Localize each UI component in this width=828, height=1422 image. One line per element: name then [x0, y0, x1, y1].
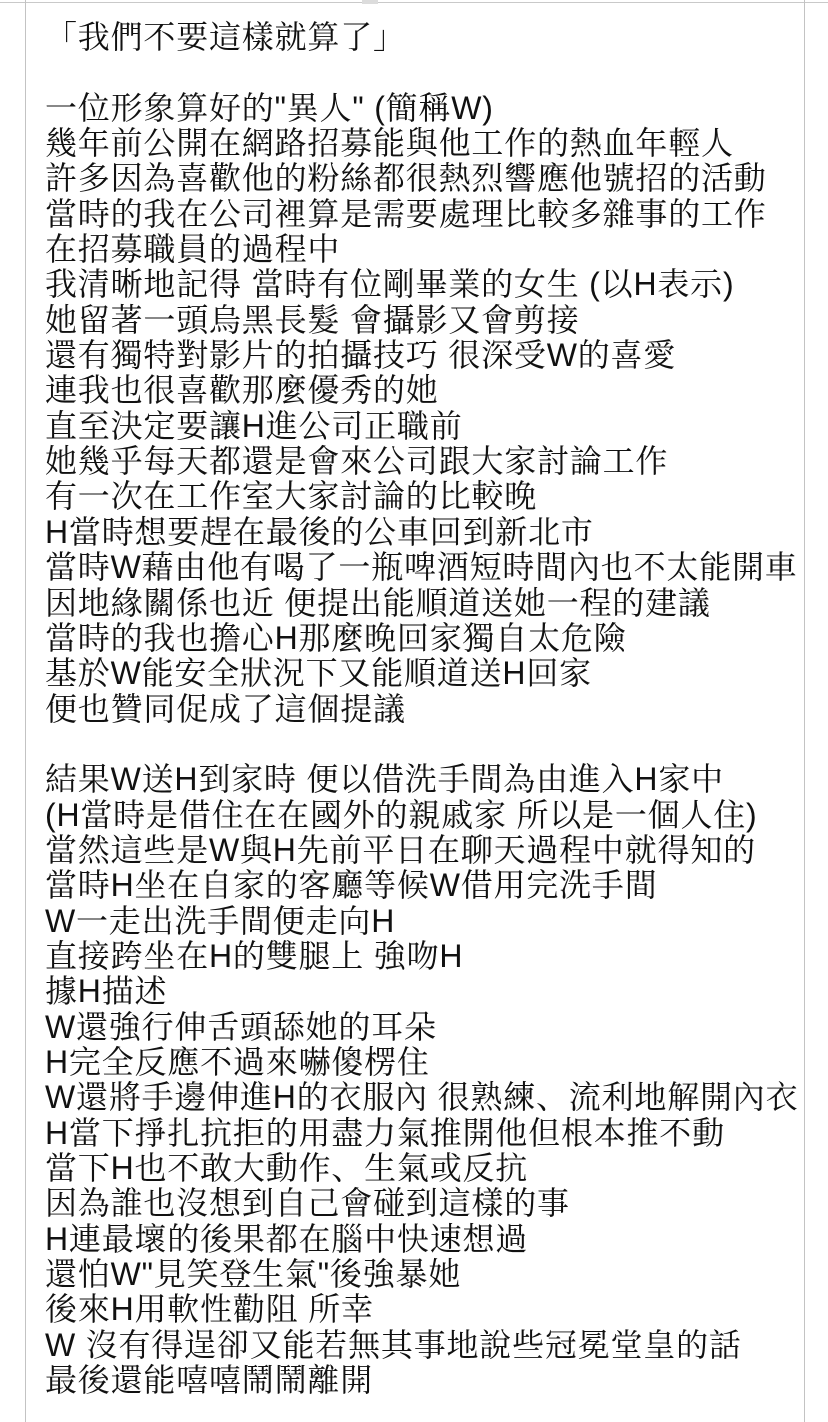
text-line: 我清晰地記得 當時有位剛畢業的女生 (以H表示) [45, 267, 828, 302]
text-line: 直至決定要讓H進公司正職前 [45, 409, 828, 444]
text-line: 還有獨特對影片的拍攝技巧 很深受W的喜愛 [45, 338, 828, 373]
top-border-rule [0, 2, 828, 3]
text-line: 幾年前公開在網路招募能與他工作的熱血年輕人 [45, 126, 828, 161]
blank-line [45, 55, 828, 90]
text-line: 她幾乎每天都還是會來公司跟大家討論工作 [45, 444, 828, 479]
text-line: 當時H坐在自家的客廳等候W借用完洗手間 [45, 868, 828, 903]
text-line: 直接跨坐在H的雙腿上 強吻H [45, 939, 828, 974]
top-edge-artifact [362, 0, 378, 4]
text-line: 當下H也不敢大動作、生氣或反抗 [45, 1151, 828, 1186]
text-line: 基於W能安全狀況下又能順道送H回家 [45, 656, 828, 691]
text-line: 後來H用軟性勸阻 所幸 [45, 1292, 828, 1327]
text-line: 一位形象算好的"異人" (簡稱W) [45, 91, 828, 126]
text-line: H當下掙扎抗拒的用盡力氣推開他但根本推不動 [45, 1116, 828, 1151]
left-border-rule [25, 0, 26, 1422]
text-line: 結果W送H到家時 便以借洗手間為由進入H家中 [45, 762, 828, 797]
text-line: 在招募職員的過程中 [45, 232, 828, 267]
text-line: 許多因為喜歡他的粉絲都很熱烈響應他號招的活動 [45, 161, 828, 196]
text-line: 有一次在工作室大家討論的比較晚 [45, 479, 828, 514]
text-line: 她留著一頭烏黑長髮 會攝影又會剪接 [45, 303, 828, 338]
text-line: H當時想要趕在最後的公車回到新北市 [45, 515, 828, 550]
text-line: H完全反應不過來嚇傻楞住 [45, 1045, 828, 1080]
text-line: 便也贊同促成了這個提議 [45, 692, 828, 727]
text-line: 還怕W"見笑登生氣"後強暴她 [45, 1257, 828, 1292]
text-line: 當時的我在公司裡算是需要處理比較多雜事的工作 [45, 197, 828, 232]
text-line: 因為誰也沒想到自己會碰到這樣的事 [45, 1186, 828, 1221]
text-line: H連最壞的後果都在腦中快速想過 [45, 1222, 828, 1257]
text-line: 當時W藉由他有喝了一瓶啤酒短時間內也不太能開車 [45, 550, 828, 585]
text-line: 當然這些是W與H先前平日在聊天過程中就得知的 [45, 833, 828, 868]
text-line: (H當時是借住在在國外的親戚家 所以是一個人住) [45, 798, 828, 833]
text-line: W 沒有得逞卻又能若無其事地說些冠冕堂皇的話 [45, 1328, 828, 1363]
text-line: W還強行伸舌頭舔她的耳朵 [45, 1010, 828, 1045]
text-line: W一走出洗手間便走向H [45, 904, 828, 939]
text-line: 最後還能嘻嘻鬧鬧離開 [45, 1363, 828, 1398]
text-line: 據H描述 [45, 974, 828, 1009]
text-line: 「我們不要這樣就算了」 [45, 20, 828, 55]
text-line: 當時的我也擔心H那麼晚回家獨自太危險 [45, 621, 828, 656]
text-line: 連我也很喜歡那麼優秀的她 [45, 373, 828, 408]
text-line: 因地緣關係也近 便提出能順道送她一程的建議 [45, 586, 828, 621]
text-line: W還將手邊伸進H的衣服內 很熟練、流利地解開內衣 [45, 1080, 828, 1115]
post-text: 「我們不要這樣就算了」 一位形象算好的"異人" (簡稱W) 幾年前公開在網路招募… [45, 20, 828, 1398]
blank-line [45, 727, 828, 762]
page: 「我們不要這樣就算了」 一位形象算好的"異人" (簡稱W) 幾年前公開在網路招募… [0, 0, 828, 1422]
